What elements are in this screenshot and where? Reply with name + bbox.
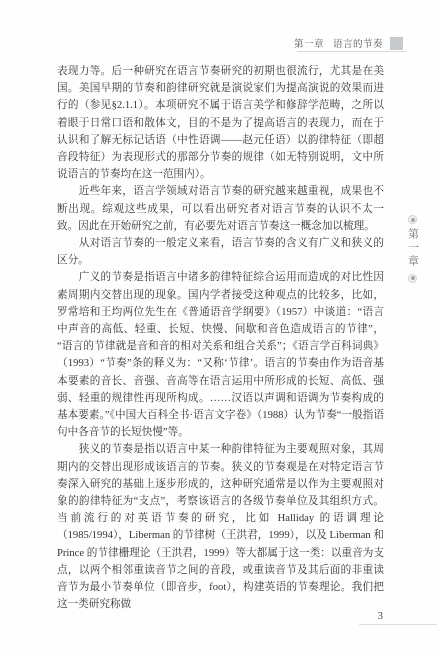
header-chapter-title: 语言的节奏 xyxy=(333,36,383,50)
tab-dot-core-icon xyxy=(411,218,415,222)
chapter-side-tab: 第一章 xyxy=(406,215,419,283)
book-page: 第一章 语言的节奏 表现力等。后一种研究在语言节奏研究的初期也很流行，尤其是在美… xyxy=(0,0,439,652)
page-body: 表现力等。后一种研究在语言节奏研究的初期也很流行，尤其是在美国。美国早期的节奏和… xyxy=(57,63,384,614)
tab-dot-icon xyxy=(408,215,417,224)
paragraph: 广义的节奏是指语言中诸多韵律特征综合运用而造成的对比性因素周期内交替出现的现象。… xyxy=(57,269,384,441)
paragraph: 狭义的节奏是指以语言中某一种韵律特征为主要观照对象，其周期内的交替出现形成该语言… xyxy=(57,441,384,613)
paragraph: 表现力等。后一种研究在语言节奏研究的初期也很流行，尤其是在美国。美国早期的节奏和… xyxy=(57,63,384,183)
paragraph: 从对语言节奏的一般定义来看，语言节奏的含义有广义和狭义的区分。 xyxy=(57,235,384,269)
header-rule xyxy=(297,51,406,52)
footer-rule xyxy=(359,624,437,625)
header-chapter-label: 第一章 xyxy=(294,36,324,50)
running-header: 第一章 语言的节奏 xyxy=(294,36,403,50)
tab-dot-core-icon xyxy=(411,276,415,280)
side-tab-chapter-label: 第一章 xyxy=(405,228,421,269)
paragraph: 近些年来，语言学领域对语言节奏的研究越来越重视，成果也不断出现。综观这些成果，可… xyxy=(57,183,384,235)
header-ornament-square-icon xyxy=(390,37,403,50)
tab-dot-icon xyxy=(408,274,417,283)
page-number: 3 xyxy=(378,610,384,622)
